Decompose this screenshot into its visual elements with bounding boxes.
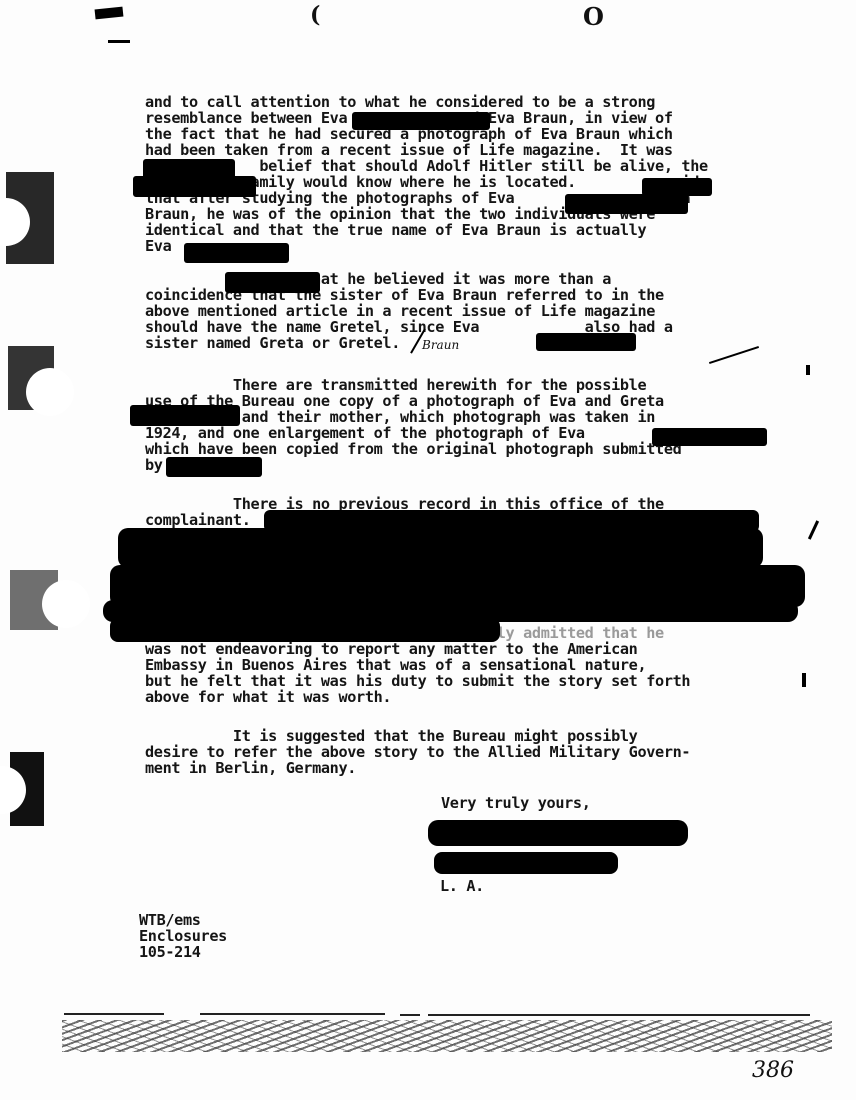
body-line: desire to refer the above story to the A… <box>145 744 690 760</box>
redaction-block <box>565 194 688 214</box>
redaction-block <box>166 457 262 477</box>
footer-rule <box>428 1014 810 1016</box>
header-mark-right: O <box>583 2 604 31</box>
redaction-block <box>184 243 289 263</box>
body-line: which have been copied from the original… <box>145 441 681 457</box>
body-line: There are transmitted herewith for the p… <box>145 377 646 393</box>
body-line: above mentioned article in a recent issu… <box>145 303 655 319</box>
redaction-block <box>225 272 320 293</box>
body-line: ment in Berlin, Germany. <box>145 760 356 776</box>
scan-noise <box>62 1020 832 1052</box>
redaction-block <box>130 405 240 426</box>
redaction-block <box>352 112 490 130</box>
body-line: had been taken from a recent issue of Li… <box>145 142 673 158</box>
handwritten-stroke <box>709 346 759 364</box>
header-mark-left: ( <box>310 2 320 28</box>
scan-mark <box>108 40 130 43</box>
signature-redaction <box>428 820 688 846</box>
body-line: sister named Greta or Gretel. <box>145 335 400 351</box>
redaction-block <box>652 428 767 446</box>
signature-redaction <box>434 852 618 874</box>
body-line: by <box>145 457 163 473</box>
handwritten-annotation: Braun <box>422 338 459 352</box>
signature-initials: L. A. <box>440 878 484 894</box>
body-line: It is suggested that the Bureau might po… <box>145 728 637 744</box>
page-number: 386 <box>752 1058 794 1083</box>
reference-line: WTB/ems <box>139 912 201 928</box>
body-line: Embassy in Buenos Aires that was of a se… <box>145 657 646 673</box>
redaction-block-large <box>110 618 500 642</box>
body-line: but he felt that it was his duty to subm… <box>145 673 690 689</box>
body-line: was not endeavoring to report any matter… <box>145 641 637 657</box>
margin-mark <box>808 520 819 539</box>
margin-mark <box>806 365 810 375</box>
redaction-block <box>133 176 256 197</box>
body-line: identical and that the true name of Eva … <box>145 222 646 238</box>
reference-line: Enclosures <box>139 928 227 944</box>
body-line: complainant. <box>145 512 251 528</box>
margin-mark <box>802 673 806 687</box>
document-page: ( O and to call attention to what he con… <box>0 0 856 1100</box>
body-line: above for what it was worth. <box>145 689 391 705</box>
redaction-block-large <box>118 528 763 568</box>
body-line: stated that he believed it was more than… <box>145 271 611 287</box>
footer-rule <box>64 1013 164 1015</box>
closing: Very truly yours, <box>441 795 591 811</box>
reference-line: 105-214 <box>139 944 201 960</box>
scan-mark <box>95 7 124 20</box>
body-line: coincidence that the sister of Eva Braun… <box>145 287 664 303</box>
footer-rule <box>400 1014 420 1016</box>
redaction-block <box>536 333 636 351</box>
body-line: 1924, and one enlargement of the photogr… <box>145 425 585 441</box>
footer-rule <box>200 1013 385 1015</box>
body-line: Eva <box>145 238 171 254</box>
body-line: and to call attention to what he conside… <box>145 94 655 110</box>
